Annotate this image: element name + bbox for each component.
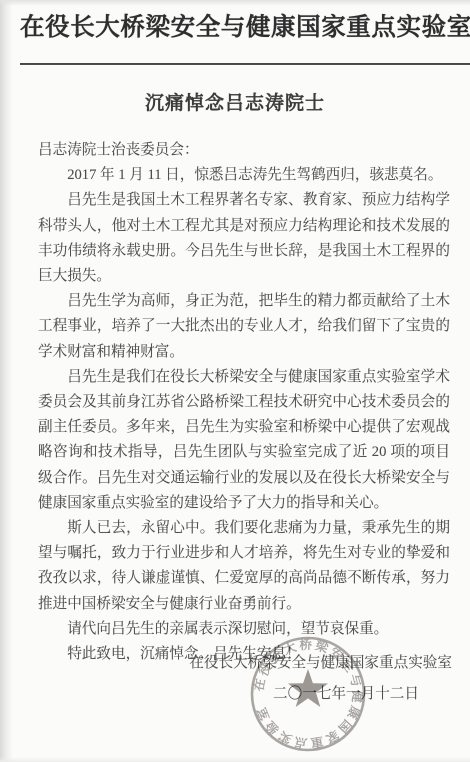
header-divider-rule	[20, 63, 470, 65]
signature-date: 二〇一七年一月十二日	[189, 679, 452, 710]
paragraph: 吕先生是我们在役长大桥梁安全与健康国家重点实验室学术委员会及其前身江苏省公路桥梁…	[38, 365, 450, 516]
scan-edge-top	[0, 0, 470, 6]
paragraph: 吕先生学为高师，身正为范，把毕生的精力都贡献给了土木工程事业，培养了一大批杰出的…	[38, 289, 450, 365]
letter-body: 吕志涛院士治丧委员会： 2017 年 1 月 11 日，惊悉吕志涛先生驾鹤西归，…	[38, 138, 450, 667]
paragraph: 2017 年 1 月 11 日，惊悉吕志涛先生驾鹤西归，骇悲莫名。	[38, 163, 450, 188]
memorial-letter-page: 在役长大桥梁安全与健康国家重点实验室 沉痛悼念吕志涛院士 吕志涛院士治丧委员会：…	[0, 0, 470, 762]
scan-edge-bottom	[0, 757, 470, 762]
paragraph: 斯人已去，永留心中。我们要化悲痛为力量，秉承先生的期望与嘱托，致力于行业进步和人…	[38, 516, 450, 617]
signature-org: 在役长大桥梁安全与健康国家重点实验室	[189, 648, 452, 679]
salutation: 吕志涛院士治丧委员会：	[38, 138, 450, 163]
paragraph: 吕先生是我国土木工程界著名专家、教育家、预应力结构学科带头人，他对土木工程尤其是…	[38, 188, 450, 289]
paragraph: 请代向吕先生的亲属表示深切慰问，望节哀保重。	[38, 617, 450, 642]
signature-block: 在役长大桥梁安全与健康国家重点实验室 二〇一七年一月十二日	[189, 648, 452, 710]
lab-header-banner: 在役长大桥梁安全与健康国家重点实验室	[20, 8, 464, 43]
memorial-title: 沉痛悼念吕志涛院士	[0, 88, 470, 115]
